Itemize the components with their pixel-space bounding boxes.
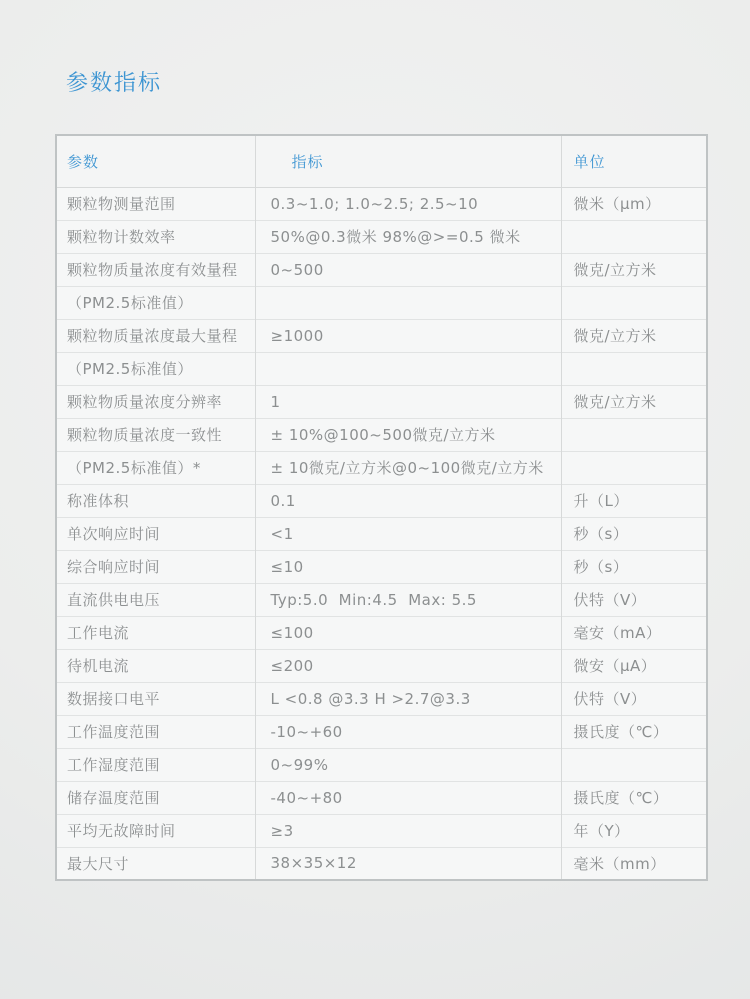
unit-cell bbox=[561, 451, 707, 484]
unit-cell: 微克/立方米 bbox=[561, 319, 707, 352]
param-cell: （PM2.5标准值） bbox=[56, 286, 255, 319]
unit-cell: 毫米（mm） bbox=[561, 847, 707, 880]
param-cell: 颗粒物计数效率 bbox=[56, 220, 255, 253]
unit-cell: 微米（μm） bbox=[561, 187, 707, 220]
unit-cell bbox=[561, 748, 707, 781]
value-cell: ≤100 bbox=[255, 616, 561, 649]
table-row: 直流供电电压 Typ:5.0 Min:4.5 Max: 5.5 伏特（V） bbox=[56, 583, 707, 616]
table-row: 工作温度范围 -10~+60 摄氏度（℃） bbox=[56, 715, 707, 748]
value-cell: ≤200 bbox=[255, 649, 561, 682]
value-cell: 38×35×12 bbox=[255, 847, 561, 880]
param-cell: 数据接口电平 bbox=[56, 682, 255, 715]
param-cell: 综合响应时间 bbox=[56, 550, 255, 583]
unit-cell bbox=[561, 352, 707, 385]
table-body: 颗粒物测量范围 0.3~1.0; 1.0~2.5; 2.5~10 微米（μm） … bbox=[56, 187, 707, 880]
table-row: （PM2.5标准值） bbox=[56, 352, 707, 385]
unit-cell bbox=[561, 418, 707, 451]
table-row: （PM2.5标准值）* ± 10微克/立方米@0~100微克/立方米 bbox=[56, 451, 707, 484]
value-cell: 0~500 bbox=[255, 253, 561, 286]
param-cell: 称准体积 bbox=[56, 484, 255, 517]
header-cell-param: 参数 bbox=[56, 135, 255, 187]
value-cell: Typ:5.0 Min:4.5 Max: 5.5 bbox=[255, 583, 561, 616]
unit-cell: 微安（μA） bbox=[561, 649, 707, 682]
table-row: 颗粒物测量范围 0.3~1.0; 1.0~2.5; 2.5~10 微米（μm） bbox=[56, 187, 707, 220]
table-row: 颗粒物计数效率 50%@0.3微米 98%@>=0.5 微米 bbox=[56, 220, 707, 253]
param-cell: 颗粒物测量范围 bbox=[56, 187, 255, 220]
value-cell: ≥1000 bbox=[255, 319, 561, 352]
param-cell: 颗粒物质量浓度最大量程 bbox=[56, 319, 255, 352]
unit-cell: 伏特（V） bbox=[561, 583, 707, 616]
table-row: 待机电流 ≤200 微安（μA） bbox=[56, 649, 707, 682]
param-cell: 工作湿度范围 bbox=[56, 748, 255, 781]
table-row: 颗粒物质量浓度最大量程 ≥1000 微克/立方米 bbox=[56, 319, 707, 352]
value-cell: ≥3 bbox=[255, 814, 561, 847]
value-cell: ≤10 bbox=[255, 550, 561, 583]
table-row: 综合响应时间 ≤10 秒（s） bbox=[56, 550, 707, 583]
unit-cell: 秒（s） bbox=[561, 517, 707, 550]
value-cell: 0.1 bbox=[255, 484, 561, 517]
unit-cell: 秒（s） bbox=[561, 550, 707, 583]
unit-cell: 年（Y） bbox=[561, 814, 707, 847]
unit-cell bbox=[561, 220, 707, 253]
param-cell: 直流供电电压 bbox=[56, 583, 255, 616]
unit-cell: 摄氏度（℃） bbox=[561, 715, 707, 748]
value-cell: 0.3~1.0; 1.0~2.5; 2.5~10 bbox=[255, 187, 561, 220]
table-header-row: 参数 指标 单位 bbox=[56, 135, 707, 187]
param-cell: 颗粒物质量浓度分辨率 bbox=[56, 385, 255, 418]
value-cell: ± 10%@100~500微克/立方米 bbox=[255, 418, 561, 451]
header-cell-unit: 单位 bbox=[561, 135, 707, 187]
table-row: 颗粒物质量浓度一致性 ± 10%@100~500微克/立方米 bbox=[56, 418, 707, 451]
unit-cell: 升（L） bbox=[561, 484, 707, 517]
table-row: 平均无故障时间 ≥3 年（Y） bbox=[56, 814, 707, 847]
table-row: 颗粒物质量浓度分辨率 1 微克/立方米 bbox=[56, 385, 707, 418]
param-cell: 单次响应时间 bbox=[56, 517, 255, 550]
param-cell: 颗粒物质量浓度有效量程 bbox=[56, 253, 255, 286]
table-row: 颗粒物质量浓度有效量程 0~500 微克/立方米 bbox=[56, 253, 707, 286]
table-row: 数据接口电平 L <0.8 @3.3 H >2.7@3.3 伏特（V） bbox=[56, 682, 707, 715]
param-cell: 工作电流 bbox=[56, 616, 255, 649]
unit-cell: 毫安（mA） bbox=[561, 616, 707, 649]
table-row: 最大尺寸 38×35×12 毫米（mm） bbox=[56, 847, 707, 880]
unit-cell: 摄氏度（℃） bbox=[561, 781, 707, 814]
table-row: 储存温度范围 -40~+80 摄氏度（℃） bbox=[56, 781, 707, 814]
param-cell: 工作温度范围 bbox=[56, 715, 255, 748]
value-cell: L <0.8 @3.3 H >2.7@3.3 bbox=[255, 682, 561, 715]
value-cell: 1 bbox=[255, 385, 561, 418]
value-cell bbox=[255, 286, 561, 319]
table-row: 单次响应时间 <1 秒（s） bbox=[56, 517, 707, 550]
table-row: 工作湿度范围 0~99% bbox=[56, 748, 707, 781]
value-cell bbox=[255, 352, 561, 385]
param-cell: （PM2.5标准值）* bbox=[56, 451, 255, 484]
unit-cell: 微克/立方米 bbox=[561, 253, 707, 286]
header-cell-indicator: 指标 bbox=[255, 135, 561, 187]
value-cell: -10~+60 bbox=[255, 715, 561, 748]
unit-cell bbox=[561, 286, 707, 319]
param-cell: 最大尺寸 bbox=[56, 847, 255, 880]
value-cell: -40~+80 bbox=[255, 781, 561, 814]
table-row: 工作电流 ≤100 毫安（mA） bbox=[56, 616, 707, 649]
unit-cell: 微克/立方米 bbox=[561, 385, 707, 418]
page-title: 参数指标 bbox=[66, 71, 162, 97]
param-cell: 平均无故障时间 bbox=[56, 814, 255, 847]
value-cell: 0~99% bbox=[255, 748, 561, 781]
param-cell: 待机电流 bbox=[56, 649, 255, 682]
value-cell: <1 bbox=[255, 517, 561, 550]
value-cell: ± 10微克/立方米@0~100微克/立方米 bbox=[255, 451, 561, 484]
table-row: （PM2.5标准值） bbox=[56, 286, 707, 319]
param-cell: 颗粒物质量浓度一致性 bbox=[56, 418, 255, 451]
param-cell: （PM2.5标准值） bbox=[56, 352, 255, 385]
table-row: 称准体积 0.1 升（L） bbox=[56, 484, 707, 517]
param-cell: 储存温度范围 bbox=[56, 781, 255, 814]
value-cell: 50%@0.3微米 98%@>=0.5 微米 bbox=[255, 220, 561, 253]
spec-table: 参数 指标 单位 颗粒物测量范围 0.3~1.0; 1.0~2.5; 2.5~1… bbox=[55, 134, 706, 881]
unit-cell: 伏特（V） bbox=[561, 682, 707, 715]
spec-table-grid: 参数 指标 单位 颗粒物测量范围 0.3~1.0; 1.0~2.5; 2.5~1… bbox=[55, 134, 708, 881]
